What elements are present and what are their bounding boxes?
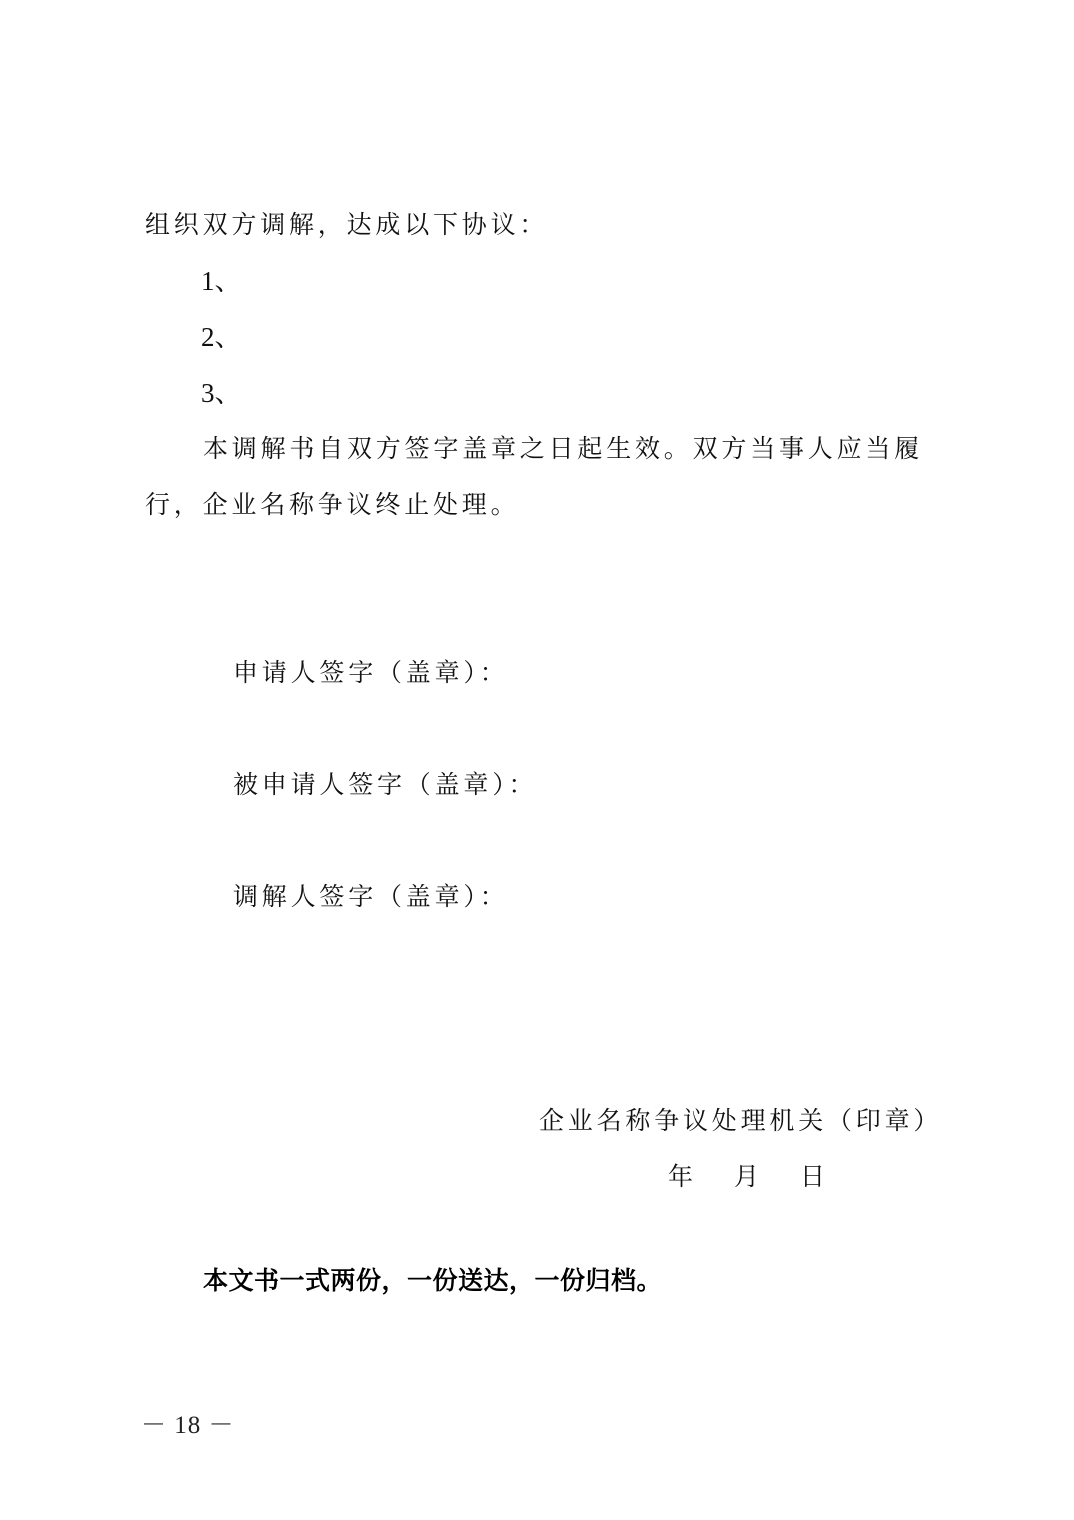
copies-note: 本文书一式两份，一份送达，一份归档。 bbox=[203, 1265, 662, 1297]
date-line: 年 月 日 bbox=[668, 1161, 833, 1193]
page-number: － 18 － bbox=[141, 1411, 235, 1441]
agreement-item-3: 3、 bbox=[201, 377, 242, 409]
agreement-item-1: 1、 bbox=[201, 265, 242, 297]
authority-seal-label: 企业名称争议处理机关（印章） bbox=[539, 1105, 942, 1137]
respondent-signature-label: 被申请人签字（盖章）： bbox=[233, 769, 537, 801]
effect-paragraph-line-2: 行，企业名称争议终止处理。 bbox=[145, 489, 519, 521]
effect-paragraph-line-1: 本调解书自双方签字盖章之日起生效。双方当事人应当履 bbox=[203, 433, 923, 465]
mediator-signature-label: 调解人签字（盖章）： bbox=[233, 881, 509, 913]
applicant-signature-label: 申请人签字（盖章）： bbox=[233, 657, 509, 689]
intro-line: 组织双方调解，达成以下协议： bbox=[145, 209, 548, 241]
agreement-item-2: 2、 bbox=[201, 321, 242, 353]
